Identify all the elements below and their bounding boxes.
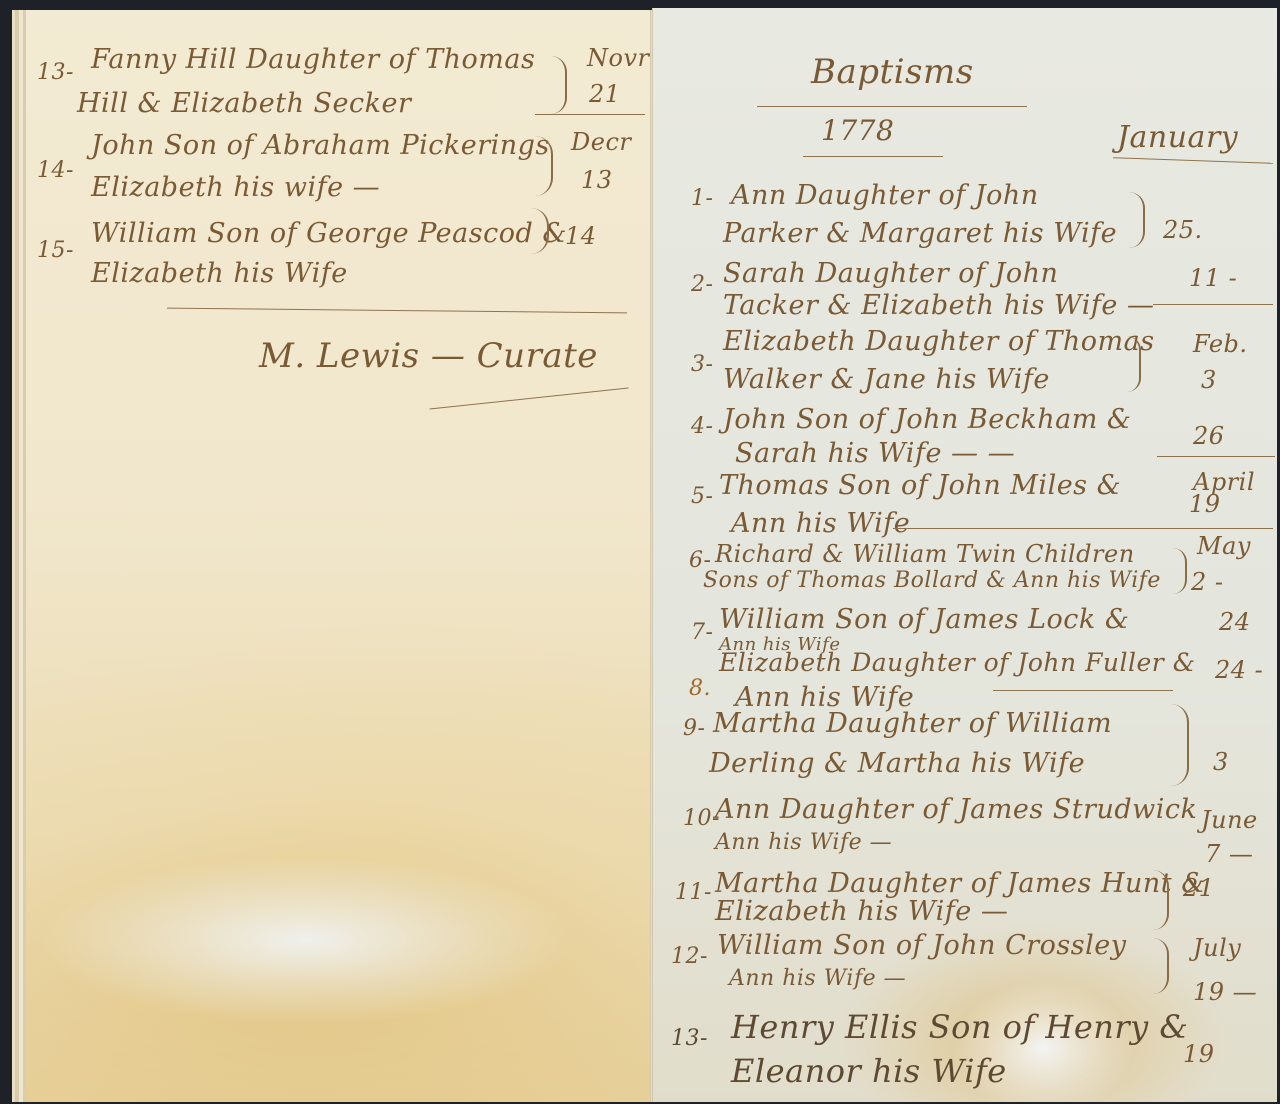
divider-line: [993, 690, 1173, 691]
entry-line1: John Son of John Beckham &: [723, 404, 1131, 435]
entry-line1: Ann Daughter of James Strudwick: [715, 794, 1197, 825]
entry-day: 24: [1219, 608, 1251, 636]
divider-line: [1153, 304, 1273, 305]
bracket: [1153, 938, 1169, 994]
entry-line2: Hill & Elizabeth Secker: [77, 88, 411, 119]
entry-line2: Ann his Wife: [731, 508, 910, 539]
entry-line2: Derling & Martha his Wife: [709, 748, 1085, 779]
entry-line1: Elizabeth Daughter of Thomas: [723, 326, 1155, 357]
left-page: 13- Fanny Hill Daughter of Thomas Hill &…: [12, 10, 655, 1102]
entry-day: 14: [565, 222, 597, 250]
entry-number: 5-: [691, 484, 713, 509]
entry-line2: Sarah his Wife — —: [735, 438, 1015, 469]
entry-number: 9-: [683, 716, 705, 741]
signature-flourish: [429, 388, 628, 410]
entry-number: 7-: [691, 620, 713, 645]
entry-line1: Elizabeth Daughter of John Fuller &: [719, 648, 1195, 677]
entry-day: 19 —: [1193, 978, 1257, 1006]
entry-number: 4-: [691, 414, 713, 439]
divider-line: [893, 528, 1273, 529]
entry-line2: Elizabeth his wife —: [91, 172, 380, 203]
bracket: [1129, 192, 1145, 248]
entry-number: 14-: [37, 158, 74, 183]
entry-number: 13-: [37, 60, 74, 85]
entry-number: 11-: [675, 880, 712, 905]
entry-line1: Fanny Hill Daughter of Thomas: [91, 44, 535, 75]
register-year: 1778: [821, 114, 894, 147]
entry-line1: Ann Daughter of John: [731, 180, 1039, 211]
entry-number: 1-: [691, 186, 713, 211]
entry-line1: William Son of John Crossley: [717, 930, 1127, 961]
entry-day: 19: [1189, 490, 1221, 518]
entry-number: 3-: [691, 352, 713, 377]
entry-month: Feb.: [1193, 330, 1248, 358]
entry-line1: William Son of James Lock &: [719, 604, 1129, 635]
entry-line1: Thomas Son of John Miles &: [719, 470, 1121, 501]
divider-line: [535, 114, 645, 115]
bracket: [535, 136, 553, 196]
entry-number: 12-: [671, 944, 708, 969]
entry-line1: Martha Daughter of William: [713, 708, 1112, 739]
bracket: [1153, 870, 1169, 930]
entry-month: July: [1193, 934, 1241, 962]
entry-day: 26: [1193, 422, 1225, 450]
entry-day: 3: [1201, 366, 1217, 394]
entry-line2: Ann his Wife —: [715, 830, 892, 855]
entry-month: Decr: [571, 128, 631, 156]
entry-line2: Ann his Wife —: [729, 966, 906, 991]
entry-month: June: [1201, 806, 1258, 834]
entry-line1: Richard & William Twin Children: [715, 540, 1135, 568]
entry-line2: Tacker & Elizabeth his Wife —: [723, 290, 1154, 321]
closing-rule: [167, 308, 627, 314]
entry-day: 25.: [1163, 216, 1203, 244]
entry-line2: Sons of Thomas Bollard & Ann his Wife: [703, 568, 1161, 593]
entry-number: 15-: [37, 238, 74, 263]
entry-number: 2-: [691, 272, 713, 297]
entry-day: 7 —: [1205, 840, 1253, 868]
entry-line2: Walker & Jane his Wife: [723, 364, 1050, 395]
entry-day: 2 -: [1191, 568, 1224, 596]
entry-day: 24 -: [1215, 656, 1263, 684]
entry-line2: Eleanor his Wife: [731, 1052, 1007, 1090]
month-underline: [1113, 157, 1273, 164]
entry-day: 21: [589, 80, 621, 108]
entry-line1: Martha Daughter of James Hunt &: [715, 868, 1206, 899]
right-page: Baptisms 1778 January 1- Ann Daughter of…: [652, 8, 1277, 1102]
curate-signature: M. Lewis — Curate: [259, 336, 598, 376]
entry-month: May: [1197, 532, 1251, 560]
entry-day: 21: [1183, 874, 1215, 902]
entry-month: Novr: [587, 44, 649, 72]
bracket: [551, 56, 567, 114]
entry-number: 8.: [689, 676, 711, 701]
month-heading: January: [1117, 120, 1238, 155]
entry-line1: John Son of Abraham Pickerings: [91, 130, 550, 161]
bracket: [1169, 704, 1189, 786]
entry-line1: Sarah Daughter of John: [723, 258, 1058, 289]
entry-line1: Henry Ellis Son of Henry &: [731, 1008, 1188, 1046]
entry-line1: William Son of George Peascod &: [91, 218, 567, 249]
year-underline: [803, 156, 943, 157]
entry-day: 13: [581, 166, 613, 194]
register-heading: Baptisms: [811, 52, 974, 92]
entry-line2: Parker & Margaret his Wife: [723, 218, 1117, 249]
open-register-book: 13- Fanny Hill Daughter of Thomas Hill &…: [0, 0, 1280, 1104]
bracket: [1173, 548, 1187, 594]
entry-line2: Elizabeth his Wife: [91, 258, 348, 289]
entry-line2: Elizabeth his Wife —: [715, 896, 1008, 927]
entry-number: 13-: [671, 1026, 708, 1051]
entry-day: 11 -: [1189, 264, 1237, 292]
entry-day: 19: [1183, 1040, 1215, 1068]
heading-underline: [757, 106, 1027, 107]
bracket: [1127, 336, 1141, 392]
entry-day: 3: [1213, 748, 1229, 776]
divider-line: [1157, 456, 1275, 457]
